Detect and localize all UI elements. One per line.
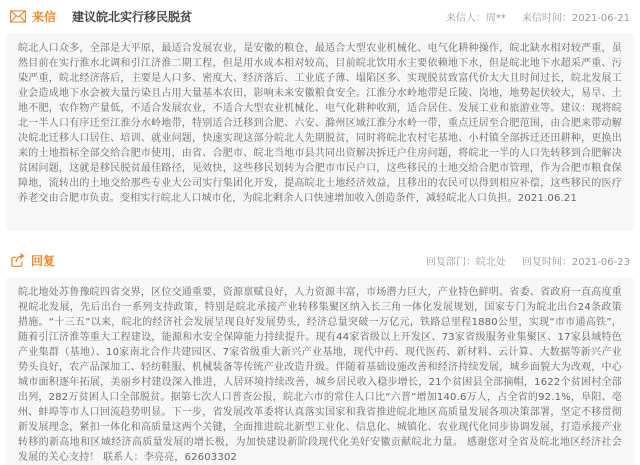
reply-meta: 回复部门：皖北处 回复时间：2021-06-23 xyxy=(426,253,630,268)
reply-section: 回复 回复部门：皖北处 回复时间：2021-06-23 皖北地处苏鲁豫皖四省交界… xyxy=(0,244,640,465)
reply-time: 回复时间：2021-06-23 xyxy=(522,253,630,268)
letter-time: 来信时间：2021-06-21 xyxy=(522,9,630,24)
reply-section-label: 回复 xyxy=(31,252,55,269)
reply-body-text: 皖北地处苏鲁豫皖四省交界，区位交通重要，资源禀赋良好，人力资源丰富，市场潜力巨大… xyxy=(6,277,634,465)
letter-sender: 来信人：周** xyxy=(446,9,506,24)
petition-detail-page: 来信 建议皖北实行移民脱贫 来信人：周** 来信时间：2021-06-21 皖北… xyxy=(0,0,640,465)
letter-section-label: 来信 xyxy=(32,8,56,25)
envelope-icon xyxy=(10,10,26,23)
reply-share-icon xyxy=(10,253,25,268)
letter-title: 建议皖北实行移民脱贫 xyxy=(72,8,192,25)
reply-header: 回复 回复部门：皖北处 回复时间：2021-06-23 xyxy=(0,244,640,277)
letter-meta: 来信人：周** 来信时间：2021-06-21 xyxy=(446,9,630,24)
letter-section: 来信 建议皖北实行移民脱贫 来信人：周** 来信时间：2021-06-21 皖北… xyxy=(0,0,640,231)
reply-department: 回复部门：皖北处 xyxy=(426,253,506,268)
letter-header: 来信 建议皖北实行移民脱贫 来信人：周** 来信时间：2021-06-21 xyxy=(0,0,640,33)
letter-body-text: 皖北人口众多，全部是大平原，最适合发展农业，是安徽的粮仓，最适合大型农业机械化、… xyxy=(6,33,634,231)
